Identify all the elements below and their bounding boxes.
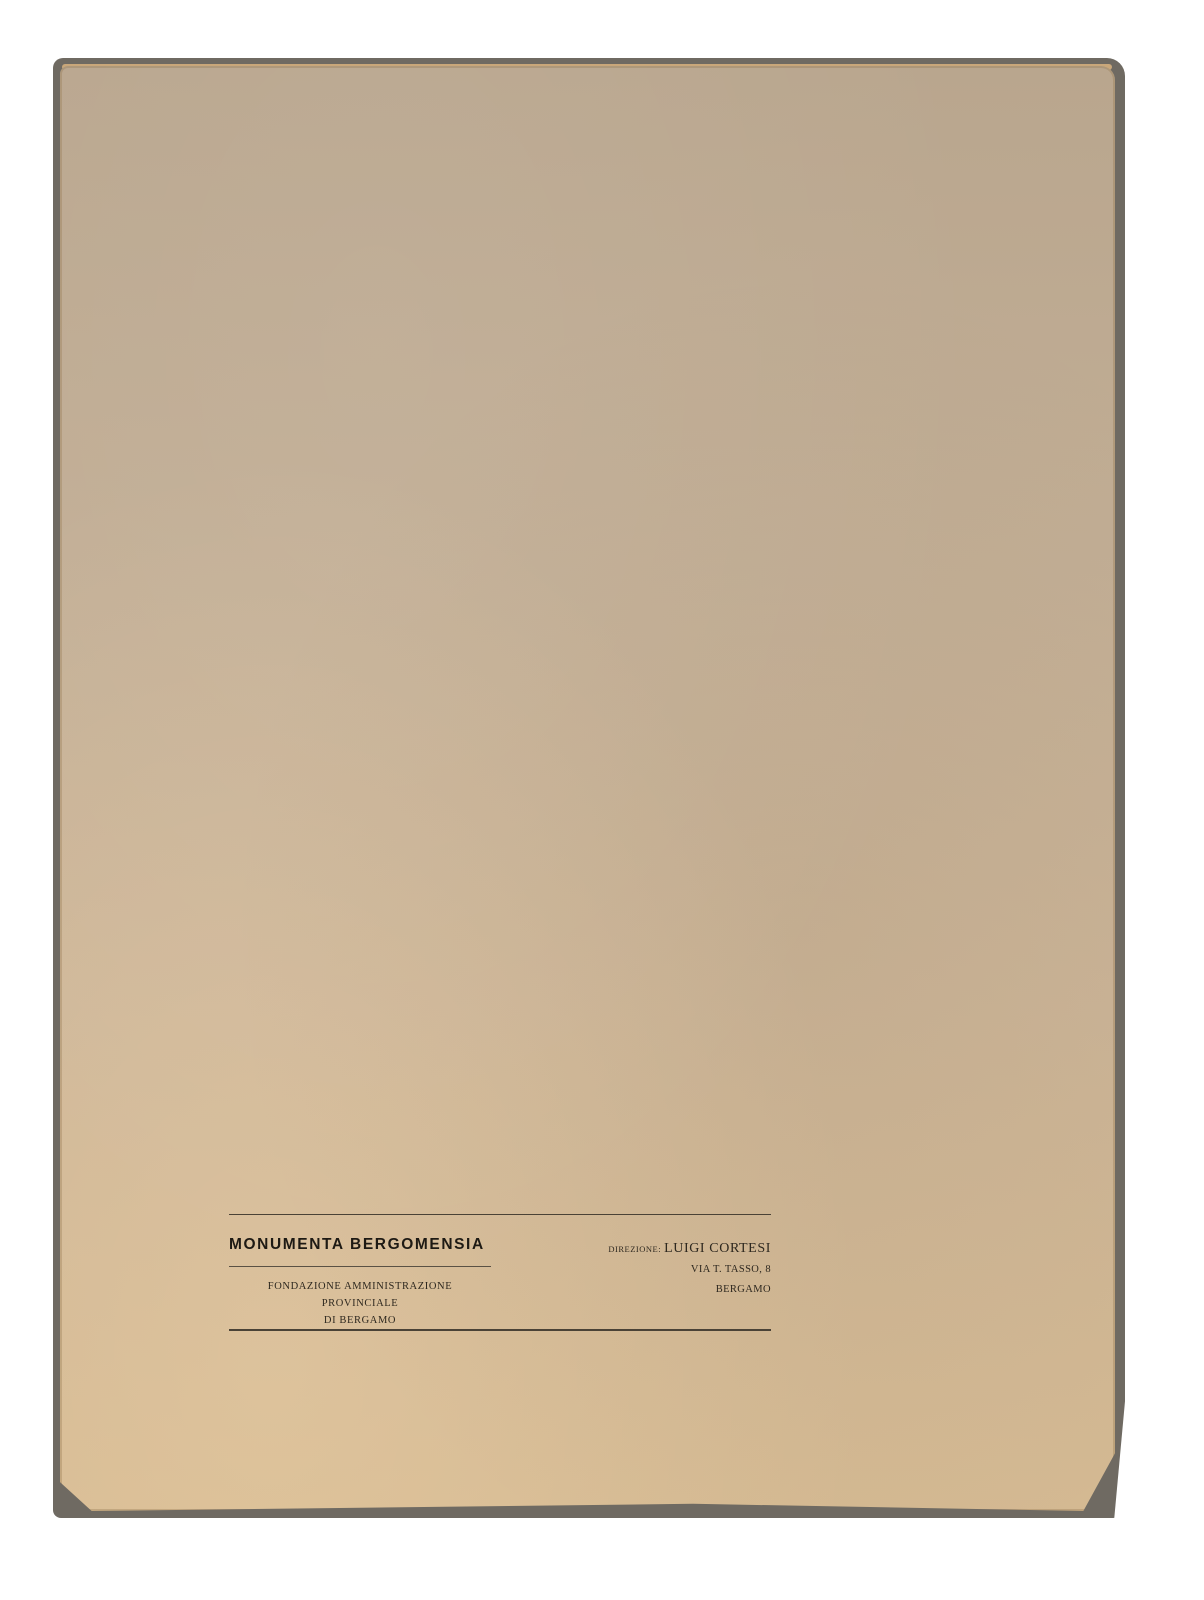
address-line-1: VIA T. TASSO, 8	[608, 1260, 771, 1280]
series-title: MONUMENTA BERGOMENSIA	[229, 1236, 485, 1254]
direction-label: DIREZIONE:	[608, 1244, 661, 1254]
foundation-block: FONDAZIONE AMMINISTRAZIONE PROVINCIALE D…	[229, 1278, 491, 1329]
director-line: DIREZIONE: LUIGI CORTESI	[608, 1239, 771, 1260]
direction-block: DIREZIONE: LUIGI CORTESI VIA T. TASSO, 8…	[608, 1239, 771, 1300]
address-line-2: BERGAMO	[608, 1280, 771, 1300]
imprint-bottom-rule	[229, 1329, 771, 1331]
foundation-line-1: FONDAZIONE AMMINISTRAZIONE PROVINCIALE	[229, 1278, 491, 1312]
imprint-middle-rule	[229, 1266, 491, 1267]
publisher-imprint: MONUMENTA BERGOMENSIA FONDAZIONE AMMINIS…	[229, 1214, 771, 1332]
imprint-top-rule	[229, 1214, 771, 1215]
director-name: LUIGI CORTESI	[664, 1241, 771, 1256]
foundation-line-2: DI BERGAMO	[229, 1312, 491, 1329]
